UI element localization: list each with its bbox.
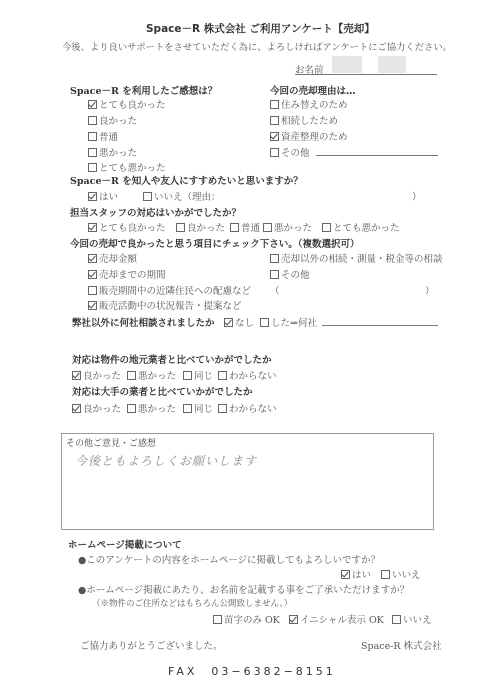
homepage-q1: ●このアンケートの内容をホームページに掲載してもよろしいですか？	[78, 552, 380, 566]
q2-option-other[interactable]: その他	[270, 145, 310, 159]
homepage-q2: ●ホームページ掲載にあたり、お名前を記載する事をご了承いただけますか？	[78, 582, 409, 596]
q2-option-asset-management[interactable]: 資産整理のため	[270, 129, 348, 143]
checkbox[interactable]	[218, 404, 227, 413]
footer-company: Space-R 株式会社	[361, 638, 442, 652]
name-field[interactable]	[295, 74, 437, 75]
q6-option-none[interactable]: なし	[224, 315, 254, 329]
q7-option-good[interactable]: 良かった	[72, 368, 121, 382]
q3-option-yes[interactable]: はい	[88, 189, 118, 203]
q8-option-unknown[interactable]: わからない	[218, 401, 277, 415]
checkbox[interactable]	[270, 100, 279, 109]
q5-option-sale-period[interactable]: 売却までの期間	[88, 267, 166, 281]
checkbox[interactable]	[270, 132, 279, 141]
q3-close-paren: ）	[412, 189, 422, 203]
q2-option-inheritance[interactable]: 相続したため	[270, 113, 338, 127]
q1-option-bad[interactable]: 悪かった	[88, 145, 137, 159]
checkbox[interactable]	[88, 132, 97, 141]
checkbox[interactable]	[270, 270, 279, 279]
footer-thanks: ご協力ありがとうございました。	[80, 638, 223, 652]
q5-close-paren: ）	[425, 283, 435, 297]
q1-option-very-good[interactable]: とても良かった	[88, 97, 166, 111]
survey-title: Space－R 株式会社 ご利用アンケート【売却】	[146, 21, 375, 36]
footer-fax: FAX 03−6382−8151	[168, 663, 336, 679]
checkbox[interactable]	[270, 116, 279, 125]
checkbox[interactable]	[270, 148, 279, 157]
q4-question: 担当スタッフの対応はいかがでしたか？	[70, 205, 241, 219]
q5-open-paren: （	[270, 283, 280, 297]
checkbox[interactable]	[230, 223, 239, 232]
name-redaction	[332, 56, 362, 73]
homepage-q2-note: （※物件のご住所などはもちろん公開致しません。）	[92, 597, 292, 609]
q8-option-same[interactable]: 同じ	[183, 401, 213, 415]
q5-option-other-consultation[interactable]: 売却以外の相続・測量・税金等の相談	[270, 251, 443, 265]
checkbox[interactable]	[176, 223, 185, 232]
q1-option-normal[interactable]: 普通	[88, 129, 118, 143]
q4-option-very-bad[interactable]: とても悪かった	[322, 220, 400, 234]
checkbox[interactable]	[88, 270, 97, 279]
homepage-q1-option-yes[interactable]: はい	[341, 567, 371, 581]
q1-option-good[interactable]: 良かった	[88, 113, 137, 127]
checkbox[interactable]	[88, 286, 97, 295]
q4-option-normal[interactable]: 普通	[230, 220, 260, 234]
checkbox[interactable]	[88, 301, 97, 310]
homepage-heading: ホームページ掲載について	[68, 537, 182, 551]
checkbox[interactable]	[381, 570, 390, 579]
checkbox[interactable]	[88, 192, 97, 201]
q8-question: 対応は大手の業者と比べていかがでしたか	[72, 384, 253, 398]
q7-option-bad[interactable]: 悪かった	[127, 368, 176, 382]
q4-option-very-good[interactable]: とても良かった	[88, 220, 166, 234]
q2-question: 今回の売却理由は…	[270, 83, 356, 97]
checkbox[interactable]	[224, 318, 233, 327]
survey-subtitle: 今後、より良いサポートをさせていただく為に、よろしければアンケートにご協力くださ…	[62, 39, 452, 53]
homepage-q1-option-no[interactable]: いいえ	[381, 567, 421, 581]
checkbox[interactable]	[127, 404, 136, 413]
q4-option-bad[interactable]: 悪かった	[263, 220, 312, 234]
comments-box[interactable]: その他ご意見・ご感想 今後ともよろしくお願いします	[61, 433, 434, 530]
checkbox[interactable]	[183, 371, 192, 380]
comments-label: その他ご意見・ご感想	[66, 436, 156, 449]
checkbox[interactable]	[72, 371, 81, 380]
q5-option-sale-price[interactable]: 売却金額	[88, 251, 137, 265]
checkbox[interactable]	[88, 254, 97, 263]
q1-option-very-bad[interactable]: とても悪かった	[88, 160, 166, 174]
checkbox[interactable]	[218, 371, 227, 380]
checkbox[interactable]	[72, 404, 81, 413]
checkbox[interactable]	[341, 570, 350, 579]
checkbox[interactable]	[127, 371, 136, 380]
checkbox[interactable]	[88, 148, 97, 157]
homepage-q2-option-surname-only[interactable]: 苗字のみ OK	[213, 612, 280, 626]
checkbox[interactable]	[289, 615, 298, 624]
checkbox[interactable]	[88, 100, 97, 109]
q5-option-other[interactable]: その他	[270, 267, 310, 281]
checkbox[interactable]	[88, 116, 97, 125]
q8-option-good[interactable]: 良かった	[72, 401, 121, 415]
q6-question: 弊社以外に何社相談されましたか	[72, 315, 215, 329]
q6-option-consulted[interactable]: した⇒何社	[260, 315, 317, 329]
comments-handwritten-text: 今後ともよろしくお願いします	[75, 452, 257, 469]
checkbox[interactable]	[260, 318, 269, 327]
q3-question: Space－R を知人や友人にすすめたいと思いますか？	[70, 173, 303, 187]
q7-option-same[interactable]: 同じ	[183, 368, 213, 382]
q1-question: Space－R を利用したご感想は？	[70, 83, 217, 97]
checkbox[interactable]	[322, 223, 331, 232]
q7-question: 対応は物件の地元業者と比べていかがでしたか	[72, 352, 272, 366]
q7-option-unknown[interactable]: わからない	[218, 368, 277, 382]
q2-option-relocation[interactable]: 住み替えのため	[270, 97, 348, 111]
q5-option-status-reports[interactable]: 販売活動中の状況報告・提案など	[88, 298, 242, 312]
checkbox[interactable]	[263, 223, 272, 232]
checkbox[interactable]	[270, 254, 279, 263]
checkbox[interactable]	[183, 404, 192, 413]
homepage-q2-option-no[interactable]: いいえ	[392, 612, 432, 626]
q2-other-field[interactable]	[316, 155, 438, 156]
checkbox[interactable]	[143, 192, 152, 201]
checkbox[interactable]	[88, 163, 97, 172]
q5-question: 今回の売却で良かったと思う項目にチェック下さい。（複数選択可）	[70, 236, 359, 250]
homepage-q2-option-initials[interactable]: イニシャル表示 OK	[289, 612, 384, 626]
q5-option-neighbor-care[interactable]: 販売期間中の近隣住民への配慮など	[88, 283, 251, 297]
checkbox[interactable]	[88, 223, 97, 232]
name-redaction	[378, 56, 406, 73]
checkbox[interactable]	[392, 615, 401, 624]
q8-option-bad[interactable]: 悪かった	[127, 401, 176, 415]
q4-option-good[interactable]: 良かった	[176, 220, 225, 234]
q3-option-no[interactable]: いいえ（理由：	[143, 189, 221, 203]
checkbox[interactable]	[213, 615, 222, 624]
q6-count-field[interactable]	[322, 325, 438, 326]
